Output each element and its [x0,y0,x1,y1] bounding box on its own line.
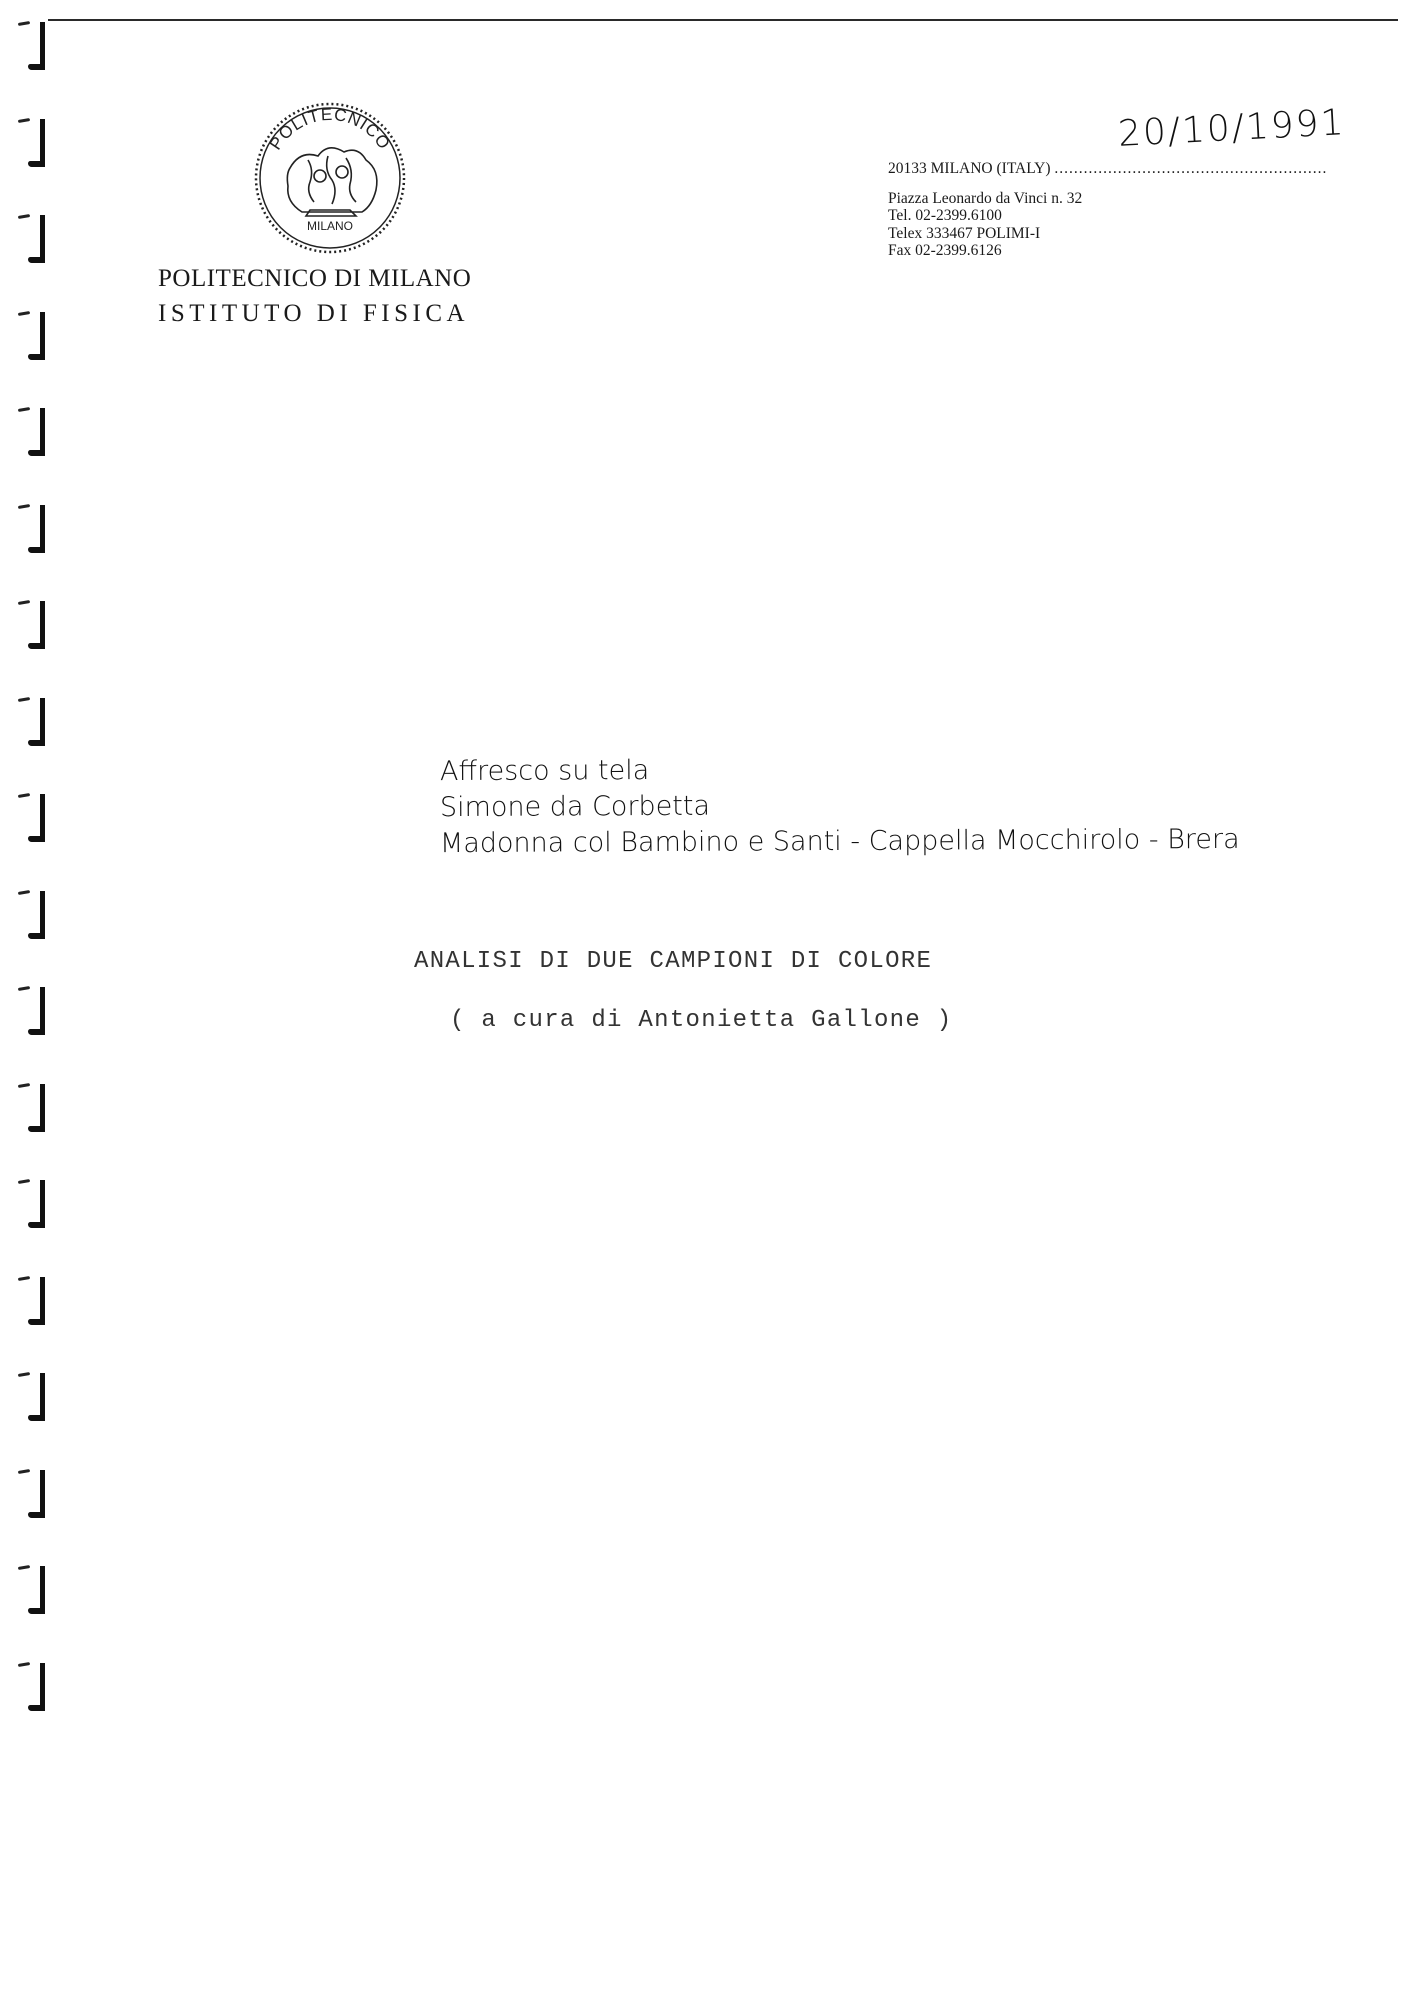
ring-binding-mark-icon [18,1468,58,1528]
city-line: 20133 MILANO (ITALY) ...................… [888,160,1327,178]
handwritten-date: 20/10/1991 [1117,102,1346,155]
street-address: Piazza Leonardo da Vinci n. 32 [888,190,1327,208]
letterhead-address: 20133 MILANO (ITALY) ...................… [888,160,1327,260]
ring-binding-mark-icon [18,696,58,756]
document-title: ANALISI DI DUE CAMPIONI DI COLORE [414,948,932,975]
note-artist: Simone da Corbetta [440,786,1240,826]
ring-binding-mark-icon [18,1082,58,1142]
note-technique: Affresco su tela [440,750,1240,790]
ring-binding-mark-icon [18,117,58,177]
ring-binding-mark-icon [18,1371,58,1431]
fax: Fax 02-2399.6126 [888,242,1327,260]
ring-binding-mark-icon [18,503,58,563]
city-text: 20133 MILANO (ITALY) [888,160,1051,177]
ring-binding-mark-icon [18,792,58,852]
ring-binding-strip [18,0,58,2000]
svg-text:MILANO: MILANO [307,219,353,233]
ring-binding-mark-icon [18,1178,58,1238]
ring-binding-mark-icon [18,406,58,466]
institution-name: POLITECNICO DI MILANO [158,265,471,293]
ring-binding-mark-icon [18,1275,58,1335]
telephone: Tel. 02-2399.6100 [888,207,1327,225]
document-author: ( a cura di Antonietta Gallone ) [450,1007,952,1034]
ring-binding-mark-icon [18,213,58,273]
university-seal-icon: POLITECNICO MILANO [250,98,410,258]
ring-binding-mark-icon [18,599,58,659]
svg-text:POLITECNICO: POLITECNICO [266,105,394,153]
note-artwork: Madonna col Bambino e Santi - Cappella M… [440,822,1240,862]
ring-binding-mark-icon [18,985,58,1045]
top-edge-rule [48,19,1398,21]
department-name: ISTITUTO DI FISICA [158,300,469,328]
ring-binding-mark-icon [18,889,58,949]
ring-binding-mark-icon [18,1564,58,1624]
ring-binding-mark-icon [18,310,58,370]
ring-binding-mark-icon [18,20,58,80]
date-fill-dots: ........................................… [1054,160,1327,177]
ring-binding-mark-icon [18,1661,58,1721]
handwritten-notes: Affresco su tela Simone da Corbetta Mado… [440,752,1240,860]
telex: Telex 333467 POLIMI-I [888,225,1327,243]
